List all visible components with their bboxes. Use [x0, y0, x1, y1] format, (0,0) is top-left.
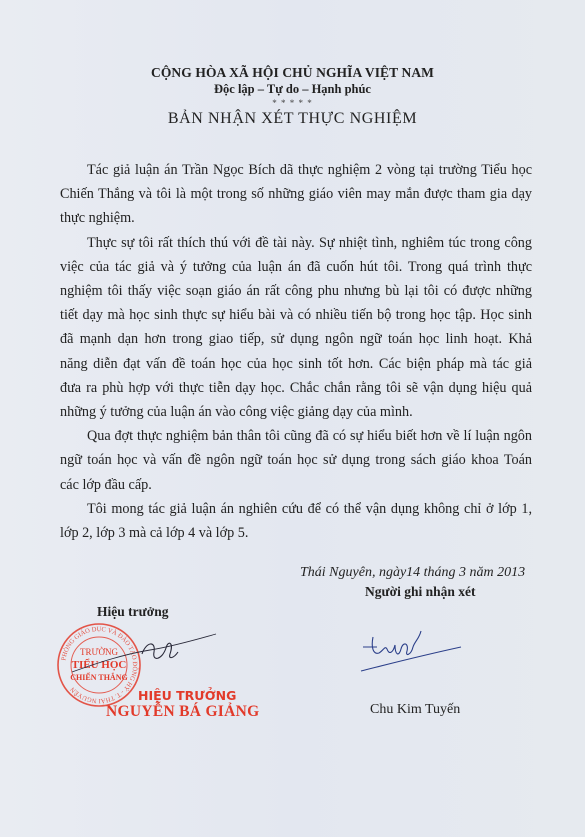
place-date: Thái Nguyên, ngày14 tháng 3 năm 2013 [300, 565, 525, 581]
principal-signature-icon [70, 632, 220, 677]
text-line: Chiến Thắng và tôi là một trong số những… [60, 182, 532, 206]
paragraph-2: Thực sự tôi rất thích thú với đề tài này… [60, 231, 532, 425]
text-line: các lớp đầu cấp. [60, 473, 532, 497]
text-line: đưa ra phù hợp với thực tiễn dạy học. Ch… [60, 376, 532, 400]
country-heading: CỘNG HÒA XÃ HỘI CHỦ NGHĨA VIỆT NAM [0, 65, 585, 81]
document-page: CỘNG HÒA XÃ HỘI CHỦ NGHĨA VIỆT NAM Độc l… [0, 0, 585, 837]
text-line: lớp 2, lớp 3 mà cả lớp 4 và lớp 5. [60, 521, 532, 545]
paragraph-3: Qua đợt thực nghiệm bản thân tôi cũng đã… [60, 424, 532, 497]
separator: * * * * * [0, 98, 585, 108]
text-line: Tác giả luận án Trần Ngọc Bích dã thực n… [60, 158, 532, 182]
text-line: tiết dạy mà học sinh thực sự hiểu bài và… [60, 303, 532, 327]
text-line: đã mạnh dạn hơn trong giao tiếp, sử dụng… [60, 327, 532, 351]
paragraph-4: Tôi mong tác giả luận án nghiên cứu để c… [60, 497, 532, 545]
text-line: những ý tưởng của luận án vào công việc … [60, 400, 532, 424]
text-line: ngữ toán học và vấn đề ngôn ngữ toán học… [60, 448, 532, 472]
principal-name-stamp: NGUYỄN BÁ GIẢNG [106, 703, 259, 721]
text-line: Tôi mong tác giả luận án nghiên cứu để c… [60, 497, 532, 521]
paragraph-1: Tác giả luận án Trần Ngọc Bích dã thực n… [60, 158, 532, 231]
body-text: Tác giả luận án Trần Ngọc Bích dã thực n… [60, 158, 532, 545]
document-title: BẢN NHẬN XÉT THỰC NGHIỆM [0, 110, 585, 128]
motto: Độc lập – Tự do – Hạnh phúc [0, 82, 585, 97]
text-line: Thực sự tôi rất thích thú với đề tài này… [60, 231, 532, 255]
principal-label: Hiệu trưởng [97, 604, 168, 620]
principal-role-stamp: HIỆU TRƯỞNG [138, 688, 236, 703]
text-line: nghiệm tôi thấy việc soạn giáo án rất cô… [60, 279, 532, 303]
text-line: thực nghiệm. [60, 206, 532, 230]
text-line: năng diễn đạt vấn đề toán học của học si… [60, 352, 532, 376]
recorder-name: Chu Kim Tuyến [370, 702, 460, 718]
text-line: việc của tác giả và ý tưởng của luận án … [60, 255, 532, 279]
text-line: Qua đợt thực nghiệm bản thân tôi cũng đã… [60, 424, 532, 448]
recorder-signature-icon [355, 625, 465, 675]
recorder-label: Người ghi nhận xét [365, 584, 475, 600]
